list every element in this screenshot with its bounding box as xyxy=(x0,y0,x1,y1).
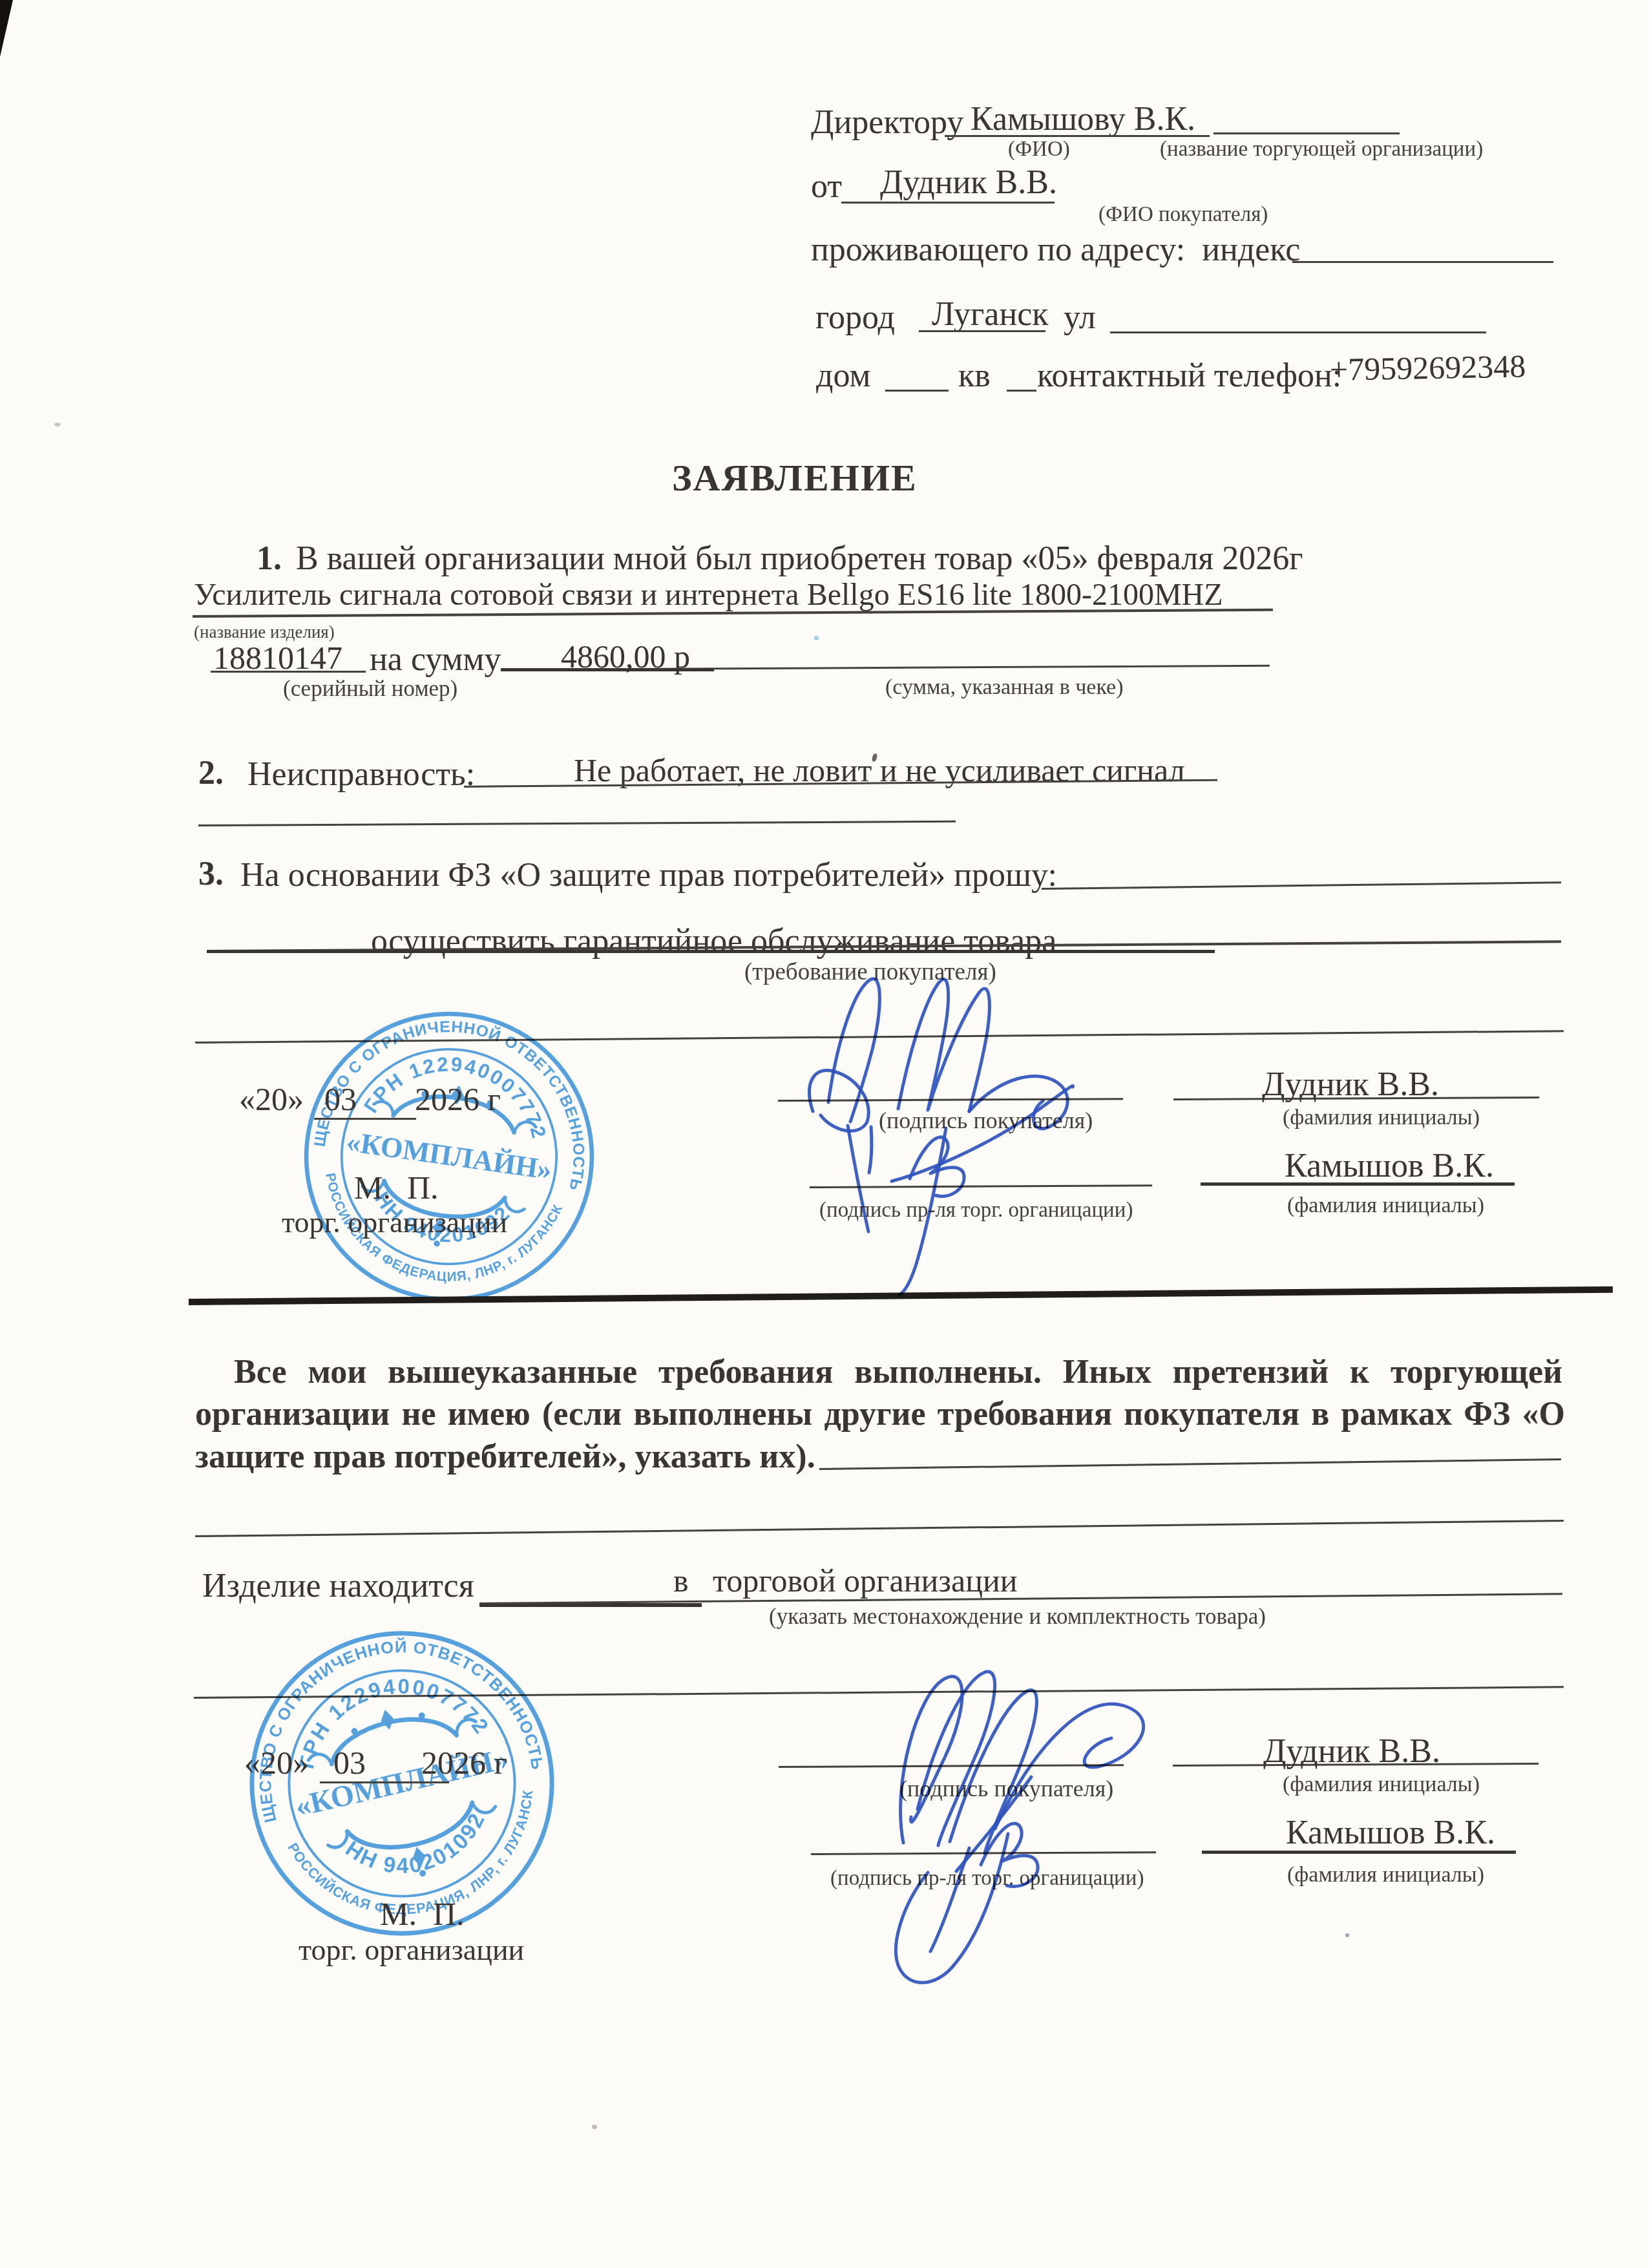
scan-speck xyxy=(814,636,819,640)
buyer-signature-1 xyxy=(810,979,1068,1173)
org-signature-1 xyxy=(848,1086,1073,1295)
scanned-claim-form: Директору Камышову В.К. (ФИО) (название … xyxy=(0,0,1649,2268)
scan-speck xyxy=(592,2125,597,2129)
scan-speck xyxy=(54,423,61,426)
pen-signatures-layer xyxy=(0,0,1649,2268)
scan-speck xyxy=(1345,1933,1349,1937)
buyer-signature-2 xyxy=(901,1672,1144,1951)
